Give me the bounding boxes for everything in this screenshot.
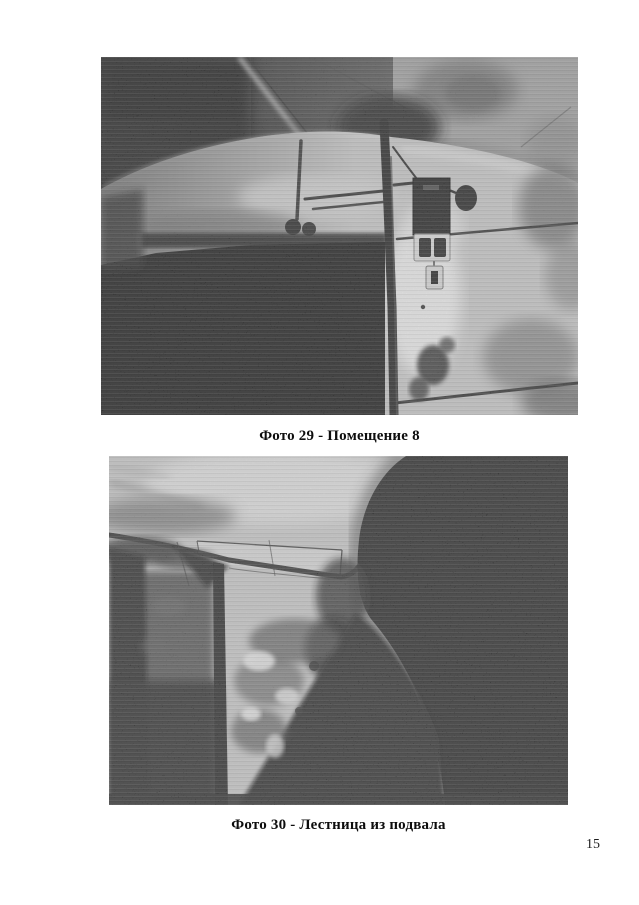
photo-30-image [109,456,568,805]
page-number: 15 [576,837,610,853]
document-page: Фото 29 - Помещение 8 [0,0,639,905]
film-grain [101,57,578,415]
film-grain [109,456,568,805]
photo-29-image [101,57,578,415]
photo-30-caption: Фото 30 - Лестница из подвала [109,816,568,835]
photo-29-caption: Фото 29 - Помещение 8 [101,427,578,446]
